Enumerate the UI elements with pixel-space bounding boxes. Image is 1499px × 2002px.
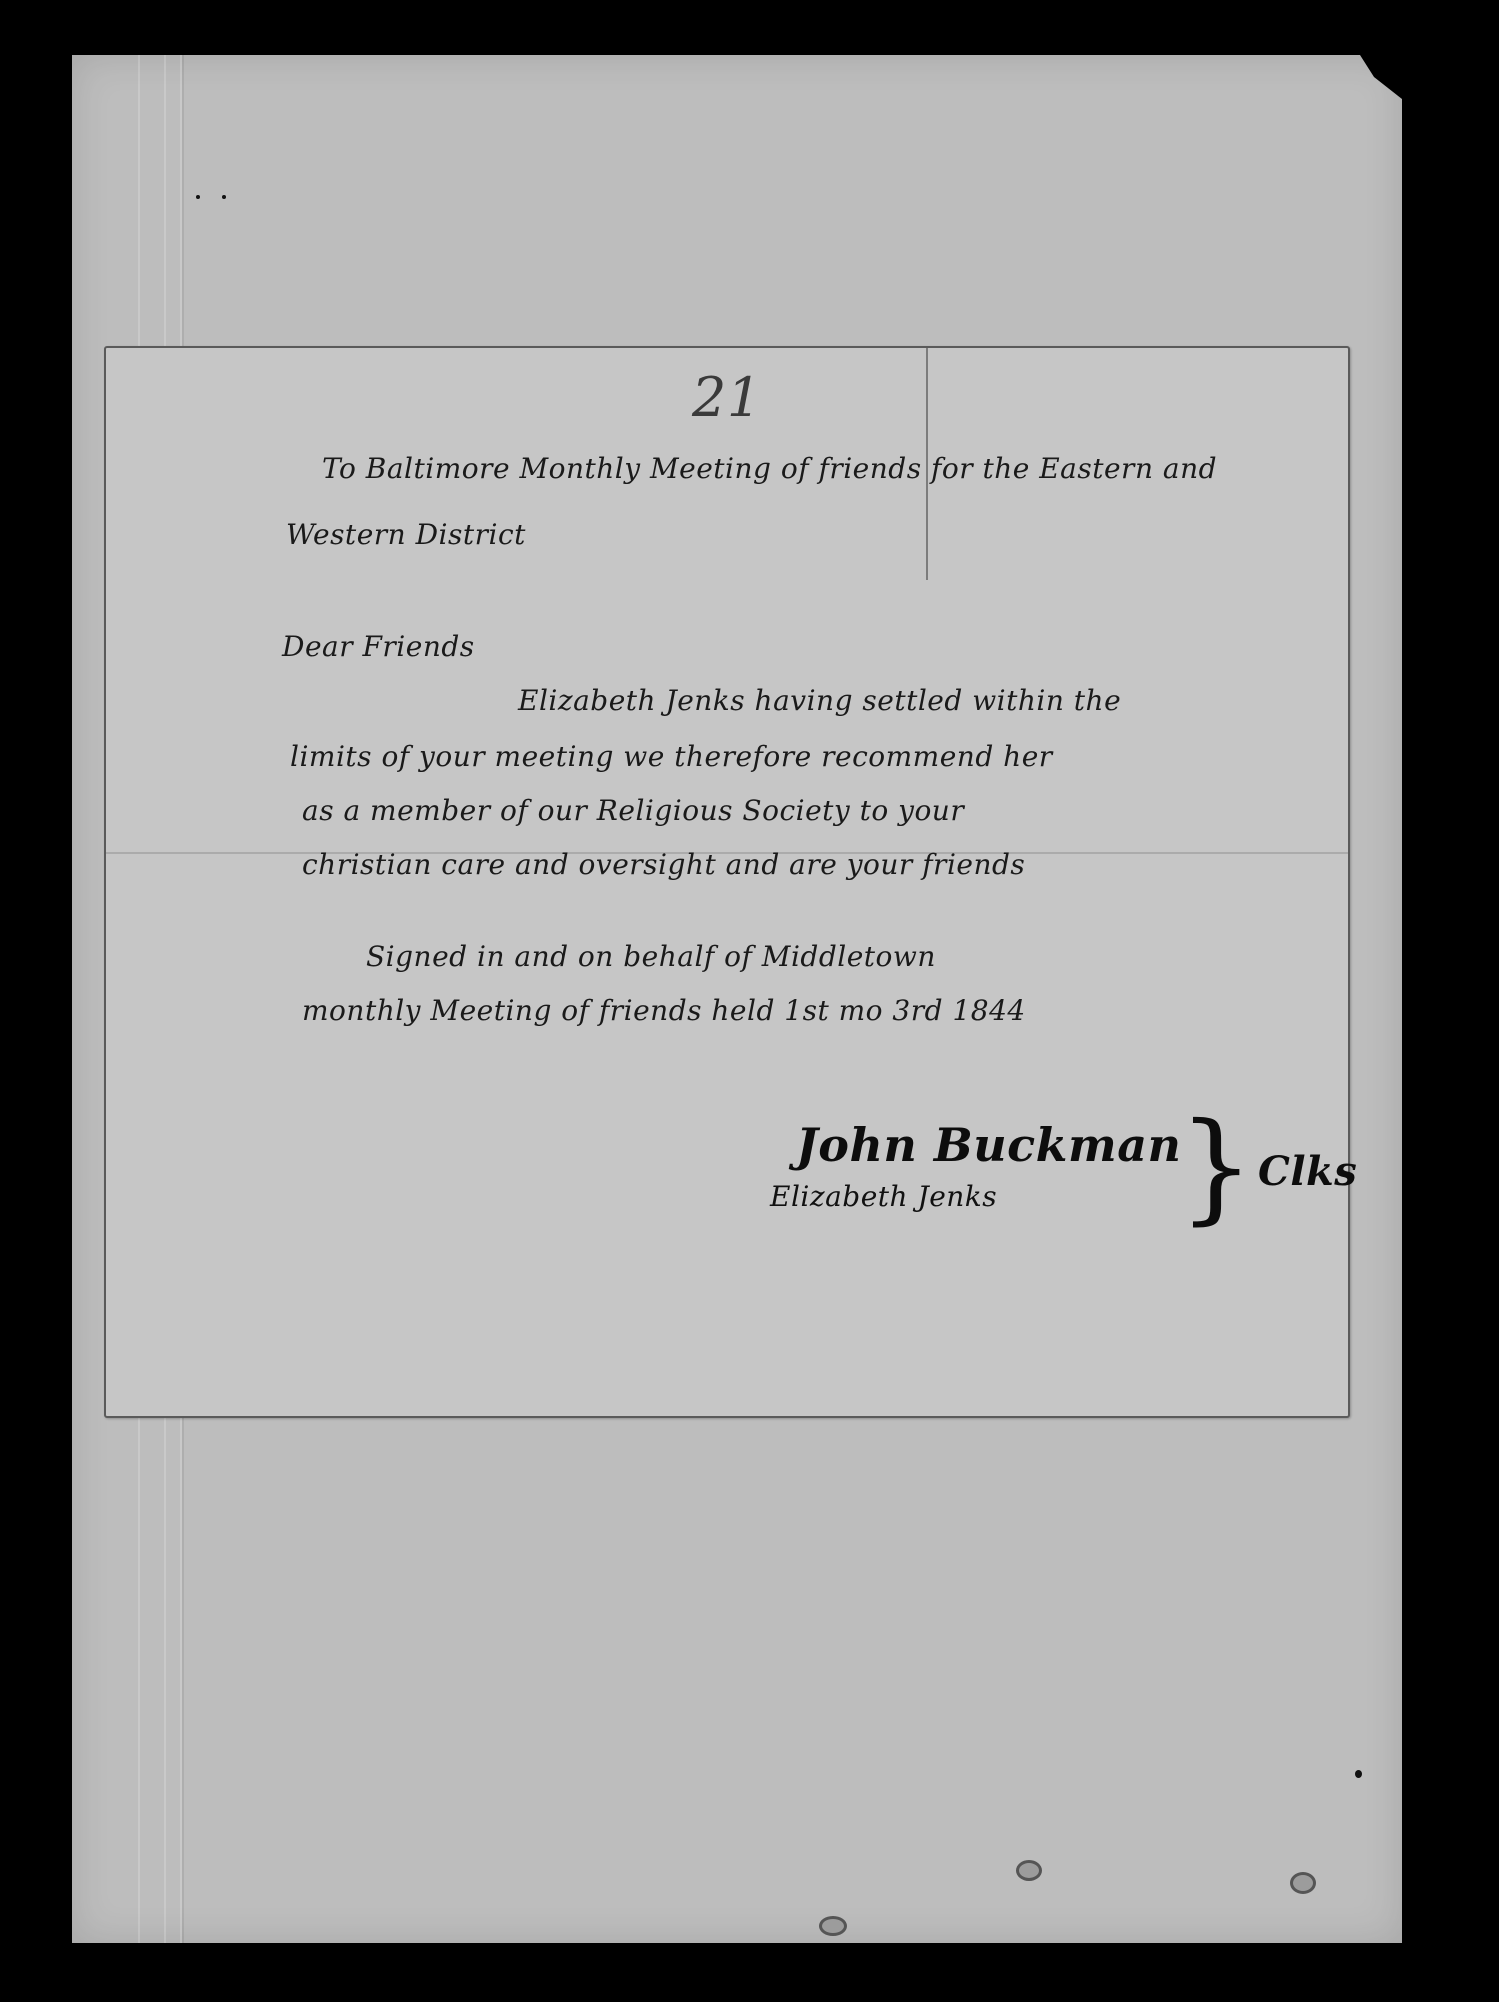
folio-number: 21 <box>692 366 762 429</box>
paper-stain <box>819 1916 847 1936</box>
signature-clerk-2: Elizabeth Jenks <box>770 1180 997 1213</box>
ink-spot <box>1355 1770 1362 1778</box>
paper-stain <box>1290 1872 1316 1894</box>
signature-clerk-1: John Buckman <box>796 1118 1181 1172</box>
closing-line-1: Signed in and on behalf of Middletown <box>366 940 936 973</box>
paper-stain <box>1016 1860 1042 1881</box>
body-line-1: Elizabeth Jenks having settled within th… <box>518 684 1121 717</box>
body-line-4: christian care and oversight and are you… <box>302 848 1025 881</box>
letter-page: 21 To Baltimore Monthly Meeting of frien… <box>104 346 1350 1418</box>
address-line-1: To Baltimore Monthly Meeting of friends … <box>322 452 1217 485</box>
salutation: Dear Friends <box>282 630 475 663</box>
body-line-3: as a member of our Religious Society to … <box>302 794 964 827</box>
signature-brace: } <box>1178 1108 1254 1228</box>
ink-spot <box>196 195 200 199</box>
closing-line-2: monthly Meeting of friends held 1st mo 3… <box>302 994 1026 1027</box>
clerk-role: Clks <box>1258 1148 1357 1195</box>
ink-spot <box>222 195 226 199</box>
body-line-2: limits of your meeting we therefore reco… <box>290 740 1053 773</box>
address-line-2: Western District <box>286 518 526 551</box>
